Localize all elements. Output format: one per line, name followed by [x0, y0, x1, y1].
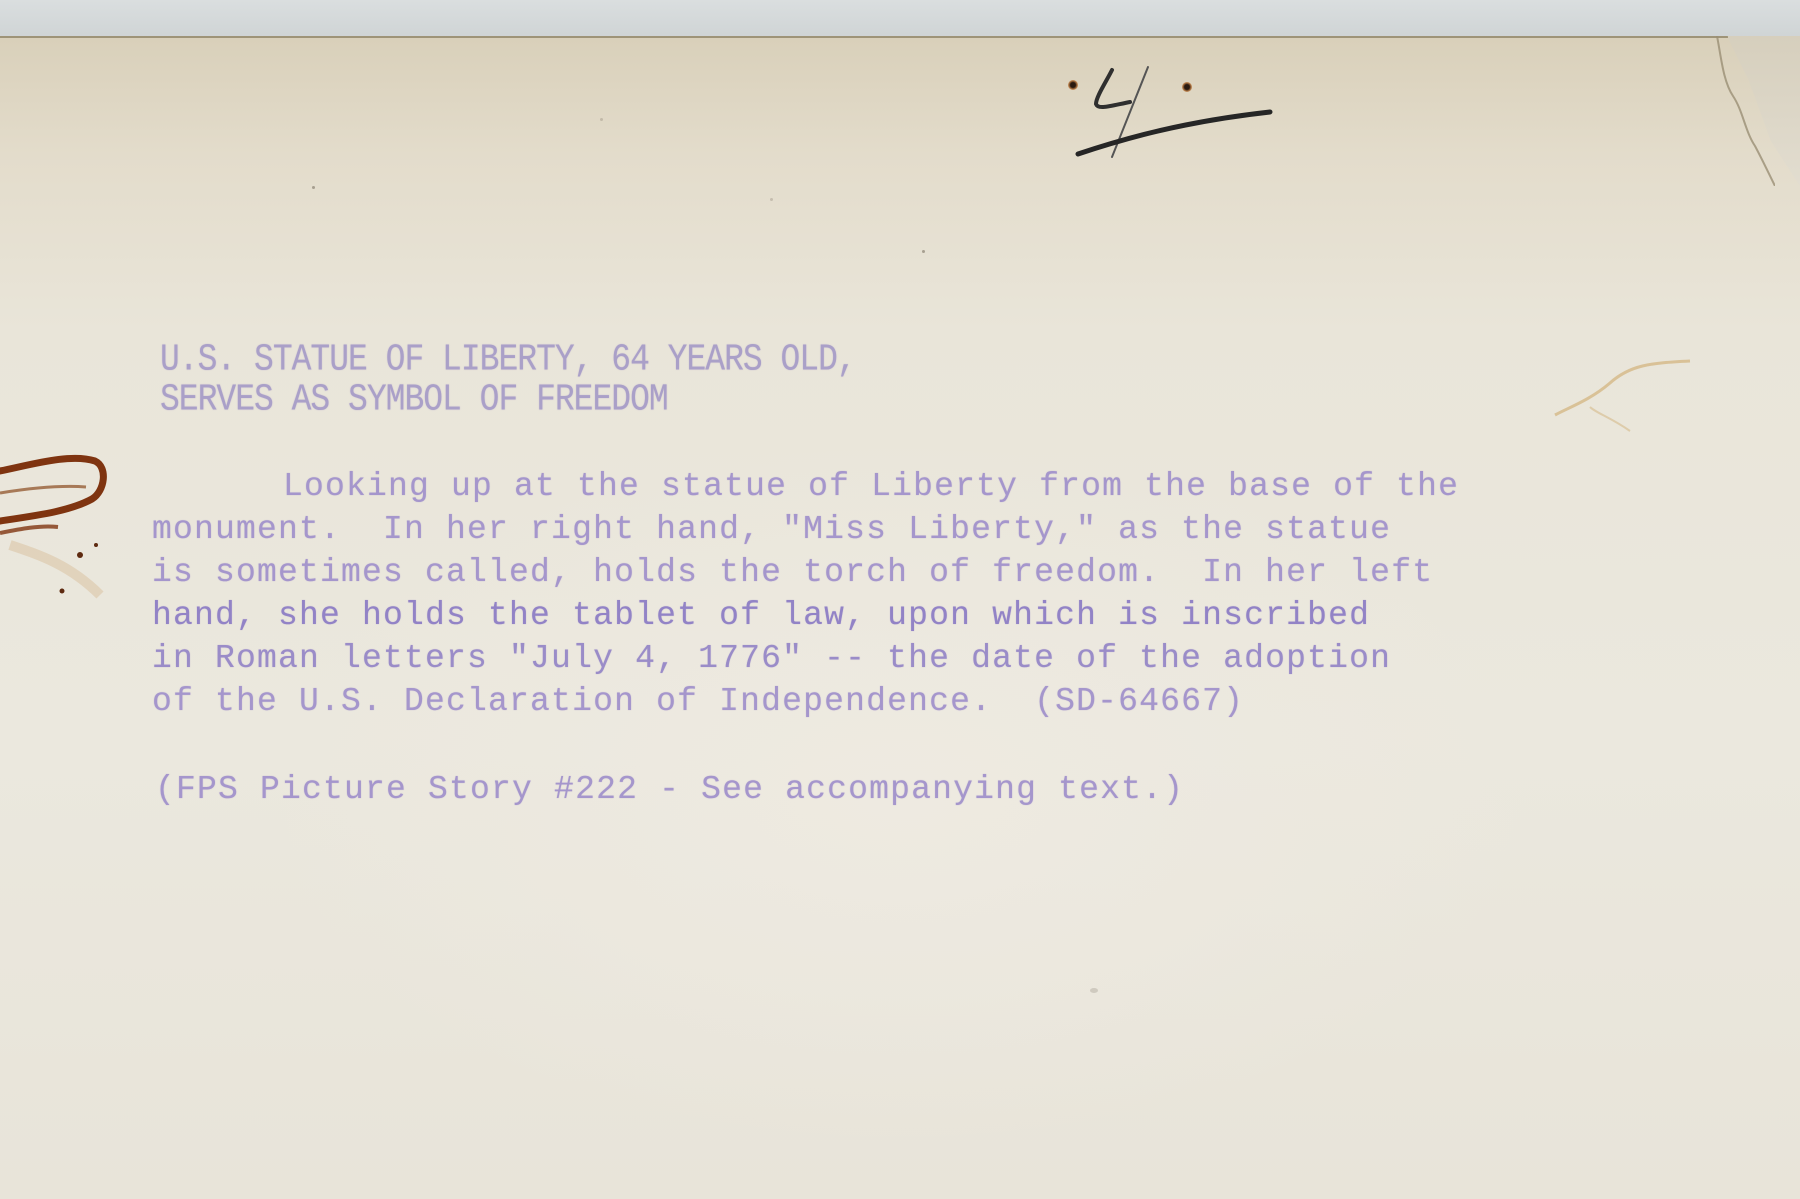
pin-hole	[1068, 80, 1078, 90]
caption-body-line: of the U.S. Declaration of Independence.…	[152, 681, 1244, 723]
torn-edge-crease	[1715, 36, 1775, 186]
paper-speck	[770, 198, 773, 201]
pencil-four-icon	[1070, 62, 1290, 172]
caption-body-line: monument. In her right hand, "Miss Liber…	[152, 509, 1391, 551]
caption-body-line: in Roman letters "July 4, 1776" -- the d…	[152, 638, 1391, 680]
pin-hole	[1182, 82, 1192, 92]
rust-stain-left	[0, 445, 120, 605]
caption-body-line: is sometimes called, holds the torch of …	[152, 552, 1433, 594]
paper-speck	[600, 118, 603, 121]
caption-body-line: Looking up at the statue of Liberty from…	[283, 466, 1459, 508]
handwritten-number	[1070, 62, 1290, 172]
paper-speck	[312, 186, 315, 189]
backdrop-surface	[0, 0, 1800, 38]
water-stain-right	[1550, 345, 1700, 435]
caption-headline-line-2: SERVES AS SYMBOL OF FREEDOM	[160, 376, 668, 424]
paper-speck	[922, 250, 925, 253]
paper-speck	[1090, 988, 1098, 993]
caption-body-line: hand, she holds the tablet of law, upon …	[152, 595, 1370, 637]
picture-story-note: (FPS Picture Story #222 - See accompanyi…	[155, 769, 1184, 811]
